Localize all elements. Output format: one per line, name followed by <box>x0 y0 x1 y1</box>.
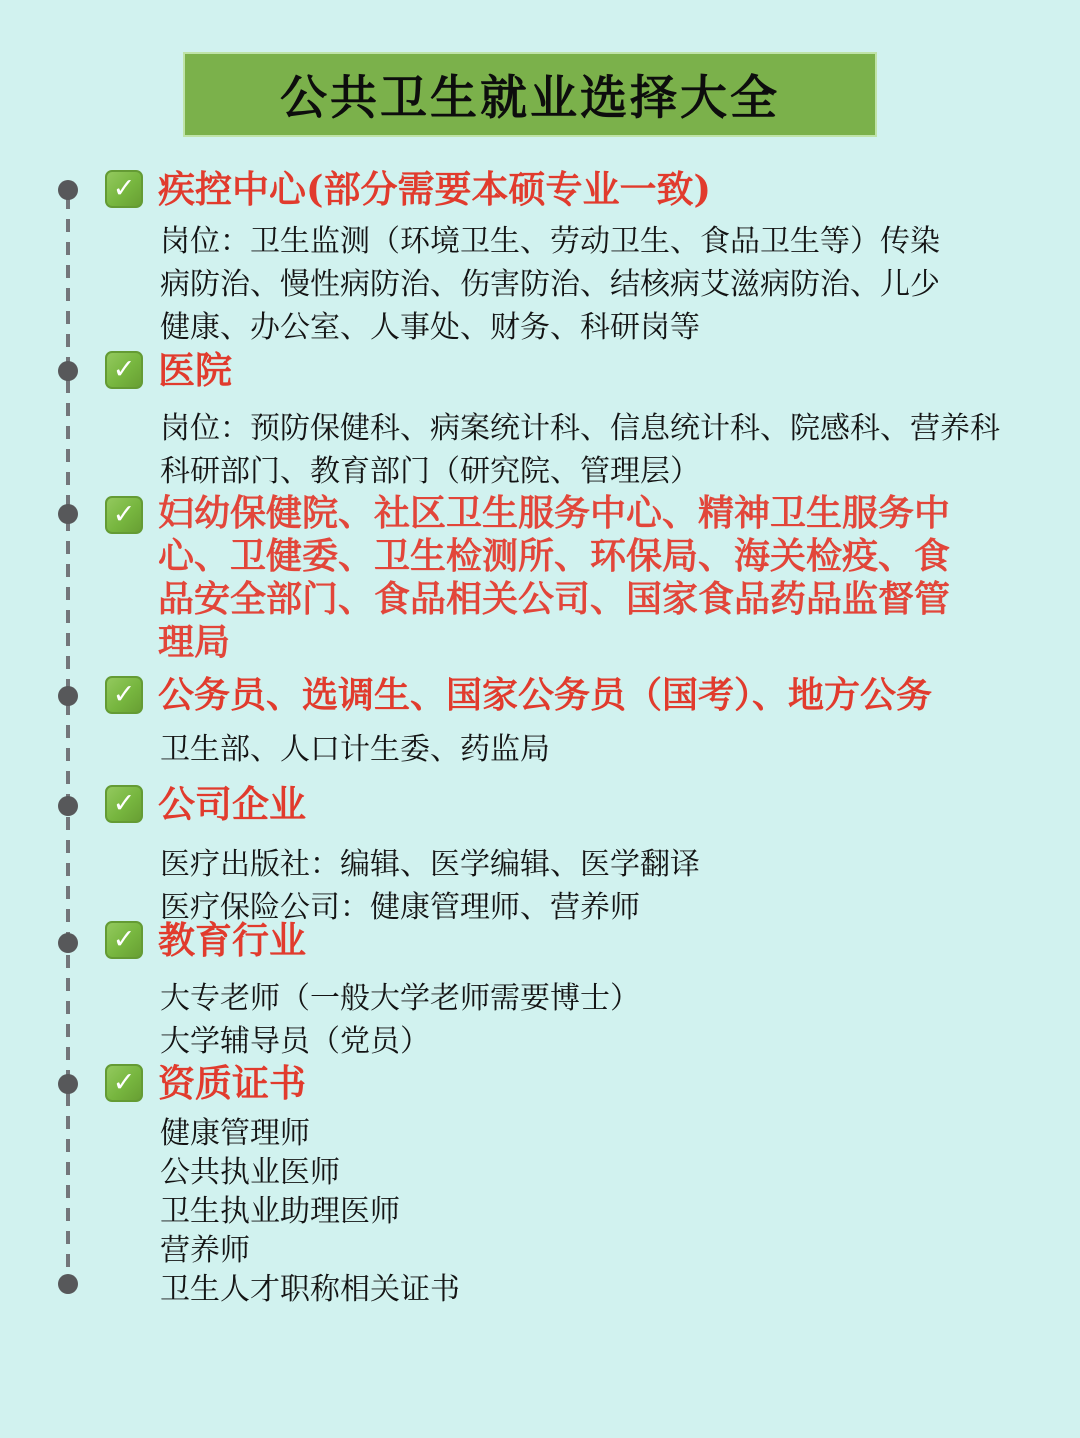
timeline-dashed-line <box>66 196 70 1282</box>
check-glyph: ✓ <box>113 175 136 202</box>
section-heading-row: ✓ 妇幼保健院、社区卫生服务中心、精神卫生服务中 心、卫健委、卫生检测所、环保局… <box>105 492 1065 664</box>
section-public-institutions: ✓ 妇幼保健院、社区卫生服务中心、精神卫生服务中 心、卫健委、卫生检测所、环保局… <box>105 492 1065 664</box>
section-civil-servant: ✓ 公务员、选调生、国家公务员（国考）、地方公务 卫生部、人口计生委、药监局 <box>105 672 1065 771</box>
section-heading-row: ✓ 公司企业 <box>105 781 1065 827</box>
section-heading-row: ✓ 公务员、选调生、国家公务员（国考）、地方公务 <box>105 672 1065 718</box>
check-glyph: ✓ <box>113 926 136 953</box>
timeline-dot <box>58 933 78 953</box>
section-heading: 资质证书 <box>158 1060 306 1106</box>
checked-checkbox-icon: ✓ <box>105 921 143 959</box>
checked-checkbox-icon: ✓ <box>105 785 143 823</box>
section-body: 健康管理师 公共执业医师 卫生执业助理医师 营养师 卫生人才职称相关证书 <box>160 1114 1065 1309</box>
checked-checkbox-icon: ✓ <box>105 170 143 208</box>
section-heading-row: ✓ 疾控中心(部分需要本硕专业一致) <box>105 166 1065 212</box>
section-education: ✓ 教育行业 大专老师（一般大学老师需要博士） 大学辅导员（党员） <box>105 917 1065 1063</box>
check-glyph: ✓ <box>113 681 136 708</box>
check-glyph: ✓ <box>113 356 136 383</box>
section-heading: 疾控中心(部分需要本硕专业一致) <box>158 166 711 212</box>
section-body: 大专老师（一般大学老师需要博士） 大学辅导员（党员） <box>160 977 1065 1063</box>
checked-checkbox-icon: ✓ <box>105 676 143 714</box>
timeline-dot <box>58 180 78 200</box>
section-heading: 妇幼保健院、社区卫生服务中心、精神卫生服务中 心、卫健委、卫生检测所、环保局、海… <box>158 492 950 664</box>
timeline-dot <box>58 361 78 381</box>
timeline-dot <box>58 1074 78 1094</box>
timeline-dot <box>58 686 78 706</box>
section-heading-row: ✓ 教育行业 <box>105 917 1065 963</box>
section-heading: 公司企业 <box>158 781 306 827</box>
section-heading-row: ✓ 资质证书 <box>105 1060 1065 1106</box>
section-body: 岗位：卫生监测（环境卫生、劳动卫生、食品卫生等）传染 病防治、慢性病防治、伤害防… <box>160 220 1065 349</box>
section-body: 岗位：预防保健科、病案统计科、信息统计科、院感科、营养科 科研部门、教育部门（研… <box>160 407 1065 493</box>
checked-checkbox-icon: ✓ <box>105 496 143 534</box>
check-glyph: ✓ <box>113 1069 136 1096</box>
section-heading: 公务员、选调生、国家公务员（国考）、地方公务 <box>158 672 932 718</box>
timeline-dot <box>58 1274 78 1294</box>
checked-checkbox-icon: ✓ <box>105 1064 143 1102</box>
timeline-dot <box>58 504 78 524</box>
section-cdc: ✓ 疾控中心(部分需要本硕专业一致) 岗位：卫生监测（环境卫生、劳动卫生、食品卫… <box>105 166 1065 349</box>
title-banner: 公共卫生就业选择大全 <box>183 52 877 137</box>
infographic-page: 公共卫生就业选择大全 ✓ 疾控中心(部分需要本硕专业一致) 岗位：卫生监测（环境… <box>0 0 1080 1438</box>
section-body: 卫生部、人口计生委、药监局 <box>160 728 1065 771</box>
section-heading: 医院 <box>158 347 232 393</box>
section-certificates: ✓ 资质证书 健康管理师 公共执业医师 卫生执业助理医师 营养师 卫生人才职称相… <box>105 1060 1065 1309</box>
checked-checkbox-icon: ✓ <box>105 351 143 389</box>
section-heading-row: ✓ 医院 <box>105 347 1065 393</box>
timeline-dot <box>58 796 78 816</box>
check-glyph: ✓ <box>113 501 136 528</box>
page-title: 公共卫生就业选择大全 <box>280 61 780 128</box>
check-glyph: ✓ <box>113 790 136 817</box>
section-hospital: ✓ 医院 岗位：预防保健科、病案统计科、信息统计科、院感科、营养科 科研部门、教… <box>105 347 1065 493</box>
section-company: ✓ 公司企业 医疗出版社：编辑、医学编辑、医学翻译 医疗保险公司：健康管理师、营… <box>105 781 1065 929</box>
section-heading: 教育行业 <box>158 917 306 963</box>
